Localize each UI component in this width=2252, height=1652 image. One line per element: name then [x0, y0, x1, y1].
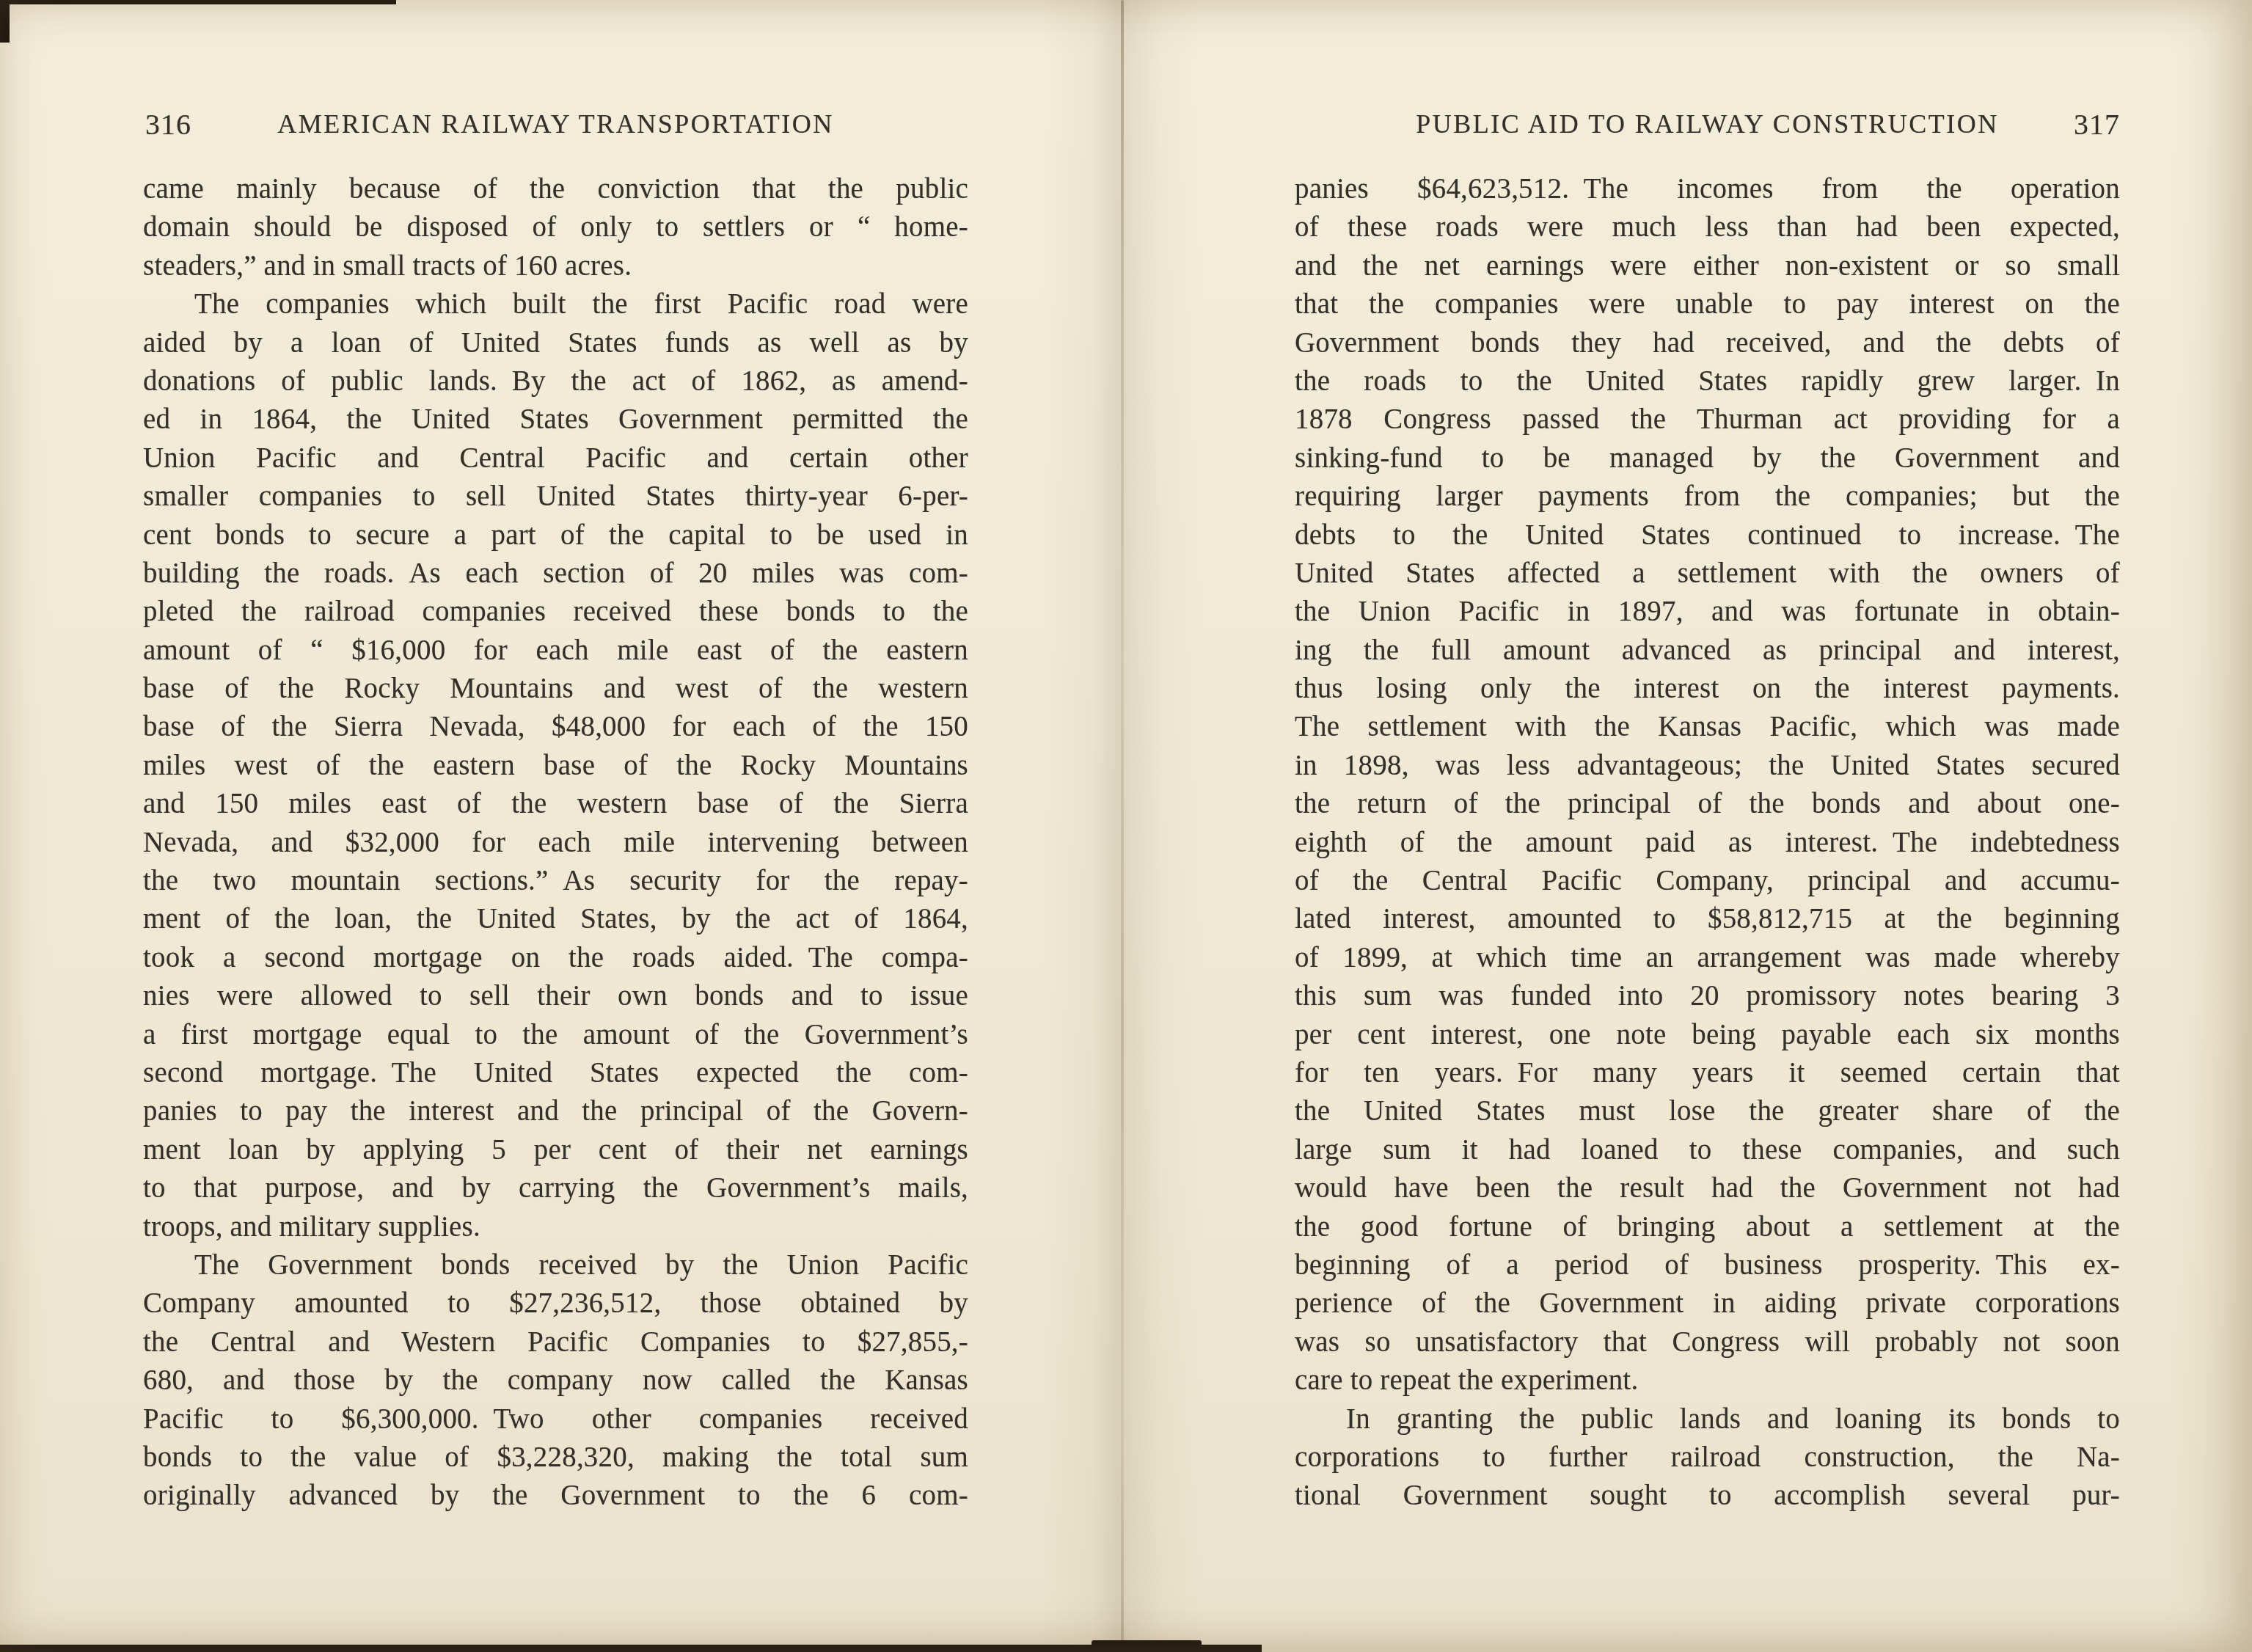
text-line: took a second mortgage on the roads aide…: [143, 939, 968, 977]
text-line: large sum it had loaned to these compani…: [1295, 1131, 2120, 1169]
text-line: steaders,” and in small tracts of 160 ac…: [143, 247, 968, 285]
text-line: Pacific to $6,300,000. Two other compani…: [143, 1400, 968, 1439]
text-line: donations of public lands. By the act of…: [143, 362, 968, 401]
scan-edge-bottom-center: [1092, 1640, 1202, 1652]
text-line: eighth of the amount paid as interest. T…: [1295, 824, 2120, 862]
text-line: bonds to the value of $3,228,320, making…: [143, 1439, 968, 1477]
text-line: in 1898, was less advantageous; the Unit…: [1295, 747, 2120, 785]
text-line: base of the Rocky Mountains and west of …: [143, 670, 968, 708]
text-line: beginning of a period of business prospe…: [1295, 1246, 2120, 1284]
text-line: base of the Sierra Nevada, $48,000 for e…: [143, 708, 968, 746]
text-line: came mainly because of the conviction th…: [143, 170, 968, 208]
text-line: troops, and military supplies.: [143, 1208, 968, 1246]
text-line: lated interest, amounted to $58,812,715 …: [1295, 900, 2120, 938]
text-line: that the companies were unable to pay in…: [1295, 285, 2120, 324]
text-line: Government bonds they had received, and …: [1295, 324, 2120, 362]
text-line: the roads to the United States rapidly g…: [1295, 362, 2120, 401]
text-line: Union Pacific and Central Pacific and ce…: [143, 439, 968, 478]
text-line: and 150 miles east of the western base o…: [143, 785, 968, 823]
text-line: pleted the railroad companies received t…: [143, 593, 968, 631]
text-line: requiring larger payments from the compa…: [1295, 478, 2120, 516]
text-line: domain should be disposed of only to set…: [143, 208, 968, 246]
text-line: was so unsatisfactory that Congress will…: [1295, 1323, 2120, 1362]
running-head-title-right: PUBLIC AID TO RAILWAY CONSTRUCTION: [1416, 109, 1998, 139]
text-line: perience of the Government in aiding pri…: [1295, 1284, 2120, 1323]
text-line: Nevada, and $32,000 for each mile interv…: [143, 824, 968, 862]
page-number-right: 317: [2074, 107, 2120, 142]
text-line: ment of the loan, the United States, by …: [143, 900, 968, 938]
text-line: nies were allowed to sell their own bond…: [143, 977, 968, 1015]
text-line: 1878 Congress passed the Thurman act pro…: [1295, 401, 2120, 439]
page-317: PUBLIC AID TO RAILWAY CONSTRUCTION 317 p…: [1295, 0, 2120, 1652]
text-line: thus losing only the interest on the int…: [1295, 670, 2120, 708]
text-line: building the roads. As each section of 2…: [143, 555, 968, 593]
text-line: the Union Pacific in 1897, and was fortu…: [1295, 593, 2120, 631]
text-line: the United States must lose the greater …: [1295, 1092, 2120, 1130]
text-line: of 1899, at which time an arrangement wa…: [1295, 939, 2120, 977]
text-line: smaller companies to sell United States …: [143, 478, 968, 516]
text-line: and the net earnings were either non-exi…: [1295, 247, 2120, 285]
book-scan: 316 AMERICAN RAILWAY TRANSPORTATION came…: [0, 0, 2252, 1652]
text-line: panies $64,623,512. The incomes from the…: [1295, 170, 2120, 208]
text-line: amount of “ $16,000 for each mile east o…: [143, 632, 968, 670]
text-line: ment loan by applying 5 per cent of thei…: [143, 1131, 968, 1169]
text-line: The settlement with the Kansas Pacific, …: [1295, 708, 2120, 746]
text-line: aided by a loan of United States funds a…: [143, 324, 968, 362]
running-header-left: 316 AMERICAN RAILWAY TRANSPORTATION: [143, 109, 968, 142]
text-line: this sum was funded into 20 promissory n…: [1295, 977, 2120, 1015]
text-line: sinking-fund to be managed by the Govern…: [1295, 439, 2120, 478]
text-line: of these roads were much less than had b…: [1295, 208, 2120, 246]
text-line: to that purpose, and by carrying the Gov…: [143, 1169, 968, 1207]
text-line: cent bonds to secure a part of the capit…: [143, 516, 968, 555]
text-line: The companies which built the first Paci…: [143, 285, 968, 324]
running-header-right: PUBLIC AID TO RAILWAY CONSTRUCTION 317: [1295, 109, 2120, 142]
text-line: Company amounted to $27,236,512, those o…: [143, 1284, 968, 1323]
page-316: 316 AMERICAN RAILWAY TRANSPORTATION came…: [143, 0, 968, 1652]
text-line: originally advanced by the Government to…: [143, 1477, 968, 1515]
text-line: per cent interest, one note being payabl…: [1295, 1016, 2120, 1054]
page-body-left: came mainly because of the conviction th…: [143, 170, 968, 1516]
text-line: panies to pay the interest and the princ…: [143, 1092, 968, 1130]
text-line: tional Government sought to accomplish s…: [1295, 1477, 2120, 1515]
text-line: ed in 1864, the United States Government…: [143, 401, 968, 439]
page-number-left: 316: [145, 107, 191, 142]
text-line: care to repeat the experiment.: [1295, 1362, 2120, 1400]
text-line: the return of the principal of the bonds…: [1295, 785, 2120, 823]
gutter-crease: [1121, 0, 1124, 1652]
text-line: the two mountain sections.” As security …: [143, 862, 968, 900]
text-line: second mortgage. The United States expec…: [143, 1054, 968, 1092]
text-line: would have been the result had the Gover…: [1295, 1169, 2120, 1207]
scan-edge-bottom: [0, 1645, 1262, 1652]
text-line: ing the full amount advanced as principa…: [1295, 632, 2120, 670]
text-line: for ten years. For many years it seemed …: [1295, 1054, 2120, 1092]
text-line: corporations to further railroad constru…: [1295, 1439, 2120, 1477]
text-line: a first mortgage equal to the amount of …: [143, 1016, 968, 1054]
scan-edge-top: [0, 0, 396, 4]
text-line: debts to the United States continued to …: [1295, 516, 2120, 555]
scan-edge-top-left-corner: [0, 0, 10, 43]
text-line: In granting the public lands and loaning…: [1295, 1400, 2120, 1439]
text-line: of the Central Pacific Company, principa…: [1295, 862, 2120, 900]
text-line: the Central and Western Pacific Companie…: [143, 1323, 968, 1362]
text-line: 680, and those by the company now called…: [143, 1362, 968, 1400]
text-line: the good fortune of bringing about a set…: [1295, 1208, 2120, 1246]
page-body-right: panies $64,623,512. The incomes from the…: [1295, 170, 2120, 1516]
text-line: The Government bonds received by the Uni…: [143, 1246, 968, 1284]
running-head-title-left: AMERICAN RAILWAY TRANSPORTATION: [277, 109, 834, 139]
text-line: miles west of the eastern base of the Ro…: [143, 747, 968, 785]
text-line: United States affected a settlement with…: [1295, 555, 2120, 593]
